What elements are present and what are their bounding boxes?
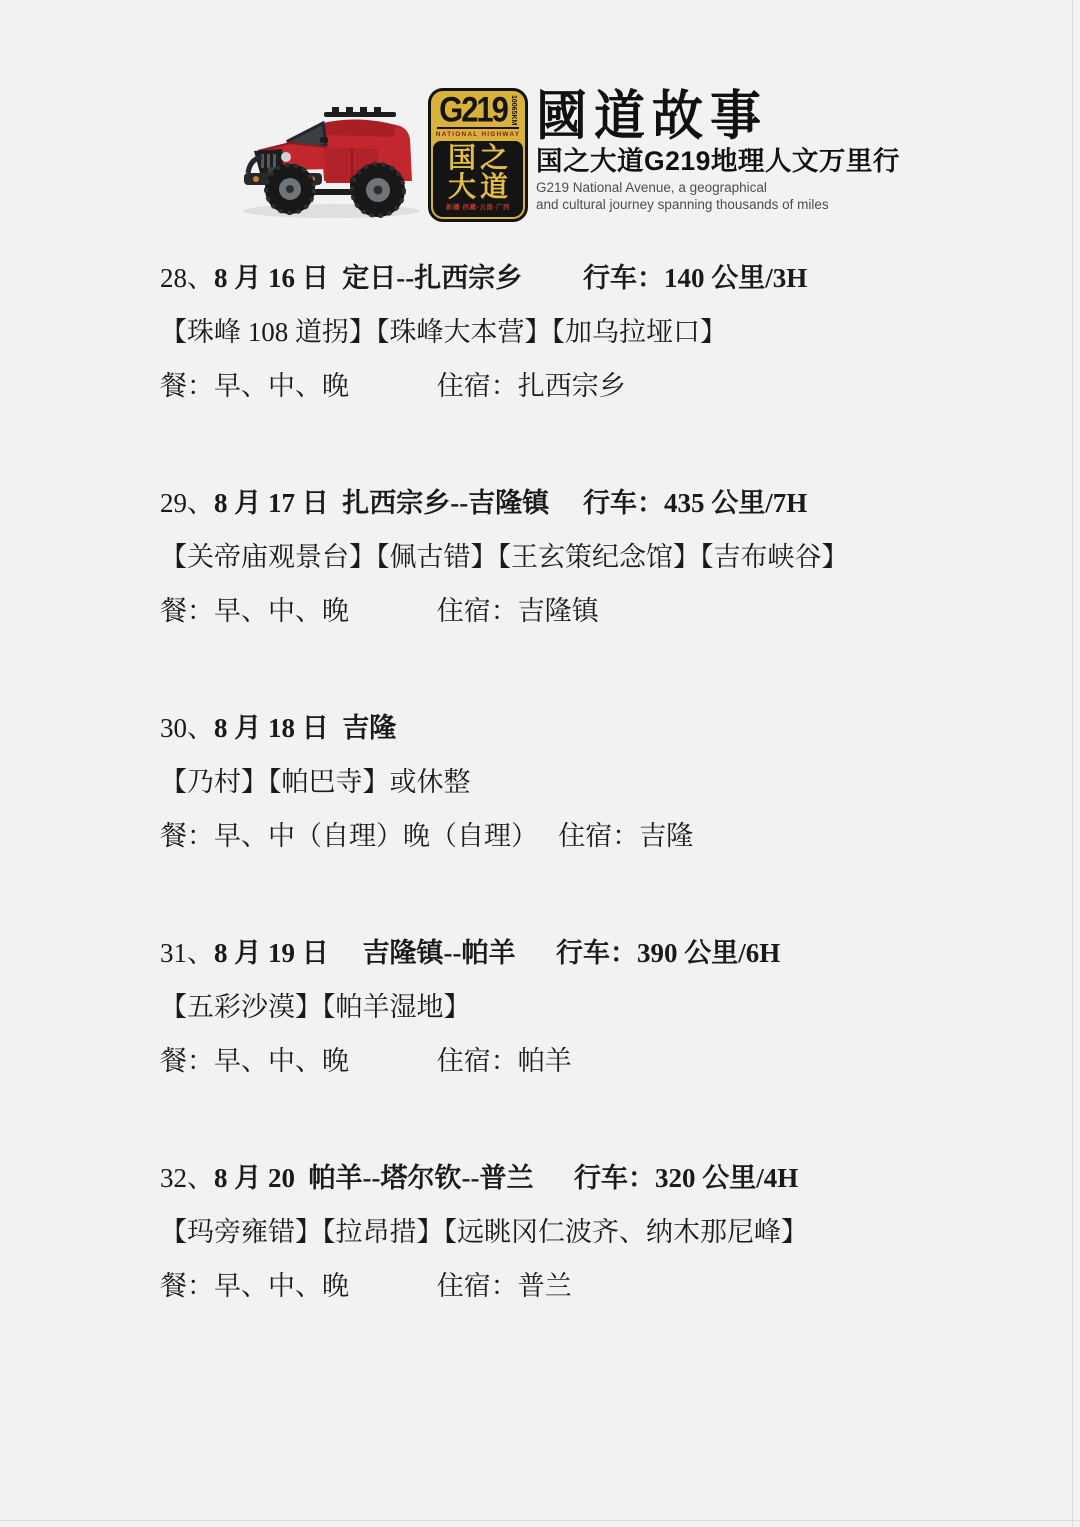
entry-heading: 30、8 月 18 日 吉隆 [160, 714, 990, 742]
english-line-1: G219 National Avenue, a geographical [536, 179, 900, 196]
entry-heading: 28、8 月 16 日 定日--扎西宗乡 行车：140 公里/3H [160, 264, 990, 292]
document-page: G219 10065KM NATIONAL HIGHWAY 国之 大道 新疆·西… [0, 0, 1080, 1527]
entry-attractions: 【关帝庙观景台】【佩古错】【王玄策纪念馆】【吉布峡谷】 [160, 543, 990, 571]
itinerary-entry-day30: 30、8 月 18 日 吉隆 【乃村】【帕巴寺】或休整 餐：早、中（自理）晚（自… [160, 714, 990, 850]
entry-attractions: 【玛旁雍错】【拉昂措】【远眺冈仁波齐、纳木那尼峰】 [160, 1218, 990, 1246]
entry-meals-lodging: 餐：早、中（自理）晚（自理） 住宿：吉隆 [160, 822, 990, 850]
entry-attractions: 【乃村】【帕巴寺】或休整 [160, 768, 990, 796]
page-subtitle: 国之大道G219地理人文万里行 [536, 146, 900, 176]
itinerary-entry-day31: 31、8 月 19 日 吉隆镇--帕羊 行车：390 公里/6H 【五彩沙漠】【… [160, 939, 990, 1075]
entry-heading-text: 8 月 16 日 定日--扎西宗乡 行车：140 公里/3H [214, 263, 807, 293]
national-highway-label: NATIONAL HIGHWAY [431, 130, 525, 141]
itinerary-entry-day28: 28、8 月 16 日 定日--扎西宗乡 行车：140 公里/3H 【珠峰 10… [160, 264, 990, 400]
entry-attractions: 【五彩沙漠】【帕羊湿地】 [160, 993, 990, 1021]
entry-meals-lodging: 餐：早、中、晚 住宿：帕羊 [160, 1047, 990, 1075]
entry-number: 29、 [160, 488, 214, 518]
page-title: 國道故事 [536, 90, 900, 145]
header-logo-banner: G219 10065KM NATIONAL HIGHWAY 国之 大道 新疆·西… [0, 0, 1080, 224]
entry-number: 31、 [160, 938, 214, 968]
itinerary-entry-day29: 29、8 月 17 日 扎西宗乡--吉隆镇 行车：435 公里/7H 【关帝庙观… [160, 489, 990, 625]
g219-badge-top: G219 10065KM NATIONAL HIGHWAY [431, 91, 525, 141]
g219-badge-bottom: 国之 大道 新疆·西藏·云南·广西 [433, 141, 523, 217]
entry-heading-text: 8 月 18 日 吉隆 [214, 713, 396, 743]
badge-name-line1: 国之 [433, 143, 523, 172]
entry-attractions: 【珠峰 108 道拐】【珠峰大本营】【加乌拉垭口】 [160, 318, 990, 346]
english-line-2: and cultural journey spanning thousands … [536, 196, 900, 213]
page-edge [0, 1520, 1080, 1521]
entry-heading-text: 8 月 19 日 吉隆镇--帕羊 行车：390 公里/6H [214, 938, 780, 968]
entry-meals-lodging: 餐：早、中、晚 住宿：扎西宗乡 [160, 372, 990, 400]
entry-heading-text: 8 月 20 帕羊--塔尔钦--普兰 行车：320 公里/4H [214, 1163, 798, 1193]
entry-meals-lodging: 餐：早、中、晚 住宿：普兰 [160, 1272, 990, 1300]
entry-heading-text: 8 月 17 日 扎西宗乡--吉隆镇 行车：435 公里/7H [214, 488, 807, 518]
entry-number: 28、 [160, 263, 214, 293]
jeep-photo [228, 85, 428, 222]
header-title-block: 國道故事 国之大道G219地理人文万里行 G219 National Avenu… [536, 85, 900, 213]
entry-heading: 31、8 月 19 日 吉隆镇--帕羊 行车：390 公里/6H [160, 939, 990, 967]
page-edge [1072, 0, 1073, 1527]
entry-meals-lodging: 餐：早、中、晚 住宿：吉隆镇 [160, 597, 990, 625]
entry-number: 30、 [160, 713, 214, 743]
entry-heading: 32、8 月 20 帕羊--塔尔钦--普兰 行车：320 公里/4H [160, 1164, 990, 1192]
itinerary-list: 28、8 月 16 日 定日--扎西宗乡 行车：140 公里/3H 【珠峰 10… [0, 224, 1080, 1300]
entry-heading: 29、8 月 17 日 扎西宗乡--吉隆镇 行车：435 公里/7H [160, 489, 990, 517]
g219-code: G219 [439, 91, 507, 129]
g219-badge: G219 10065KM NATIONAL HIGHWAY 国之 大道 新疆·西… [428, 88, 528, 222]
english-subtitle: G219 National Avenue, a geographical and… [536, 179, 900, 213]
badge-name-line2: 大道 [433, 172, 523, 201]
badge-regions: 新疆·西藏·云南·广西 [433, 203, 523, 213]
entry-number: 32、 [160, 1163, 214, 1193]
itinerary-entry-day32: 32、8 月 20 帕羊--塔尔钦--普兰 行车：320 公里/4H 【玛旁雍错… [160, 1164, 990, 1300]
g219-length-vertical: 10065KM [509, 95, 517, 125]
